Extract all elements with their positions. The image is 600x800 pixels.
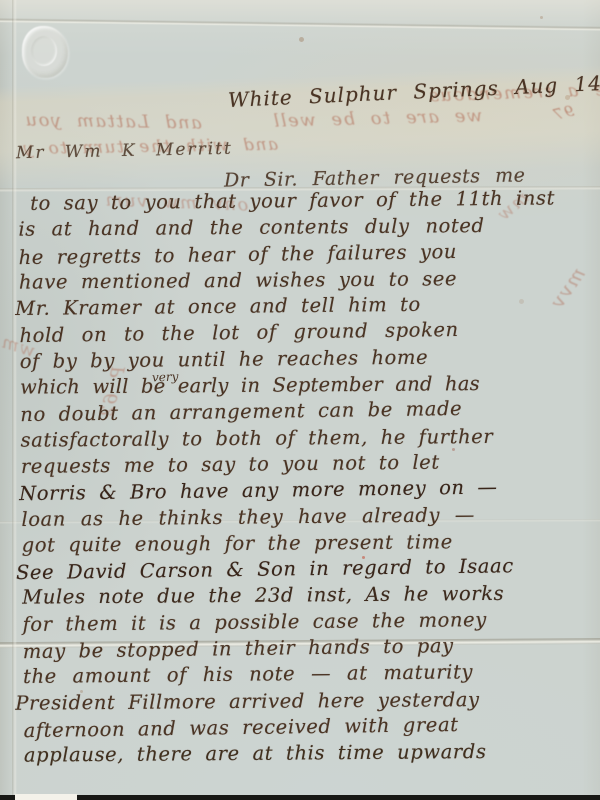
body-line: applause, there are at this time upwards (24, 739, 600, 770)
ink-stain-specks (0, 0, 3, 3)
fold-crease-left-vertical (12, 0, 17, 800)
letter-scan-page: me a tremendous we are to be well and La… (0, 0, 600, 800)
scan-edge-notch (15, 794, 77, 800)
body-line: satisfactorally to both of them, he furt… (21, 423, 600, 454)
letter-body: to say to you that your favor of the 11t… (18, 185, 600, 770)
bleedthrough-scrawl: and Lattam you (24, 109, 202, 133)
dateline: White Sulphur Springs Aug 14 '5 (227, 69, 600, 112)
bleedthrough-mark: 97 (550, 102, 576, 125)
recipient-line: Mr Wm K Merritt (16, 139, 233, 164)
bleedthrough-scrawl: we are to be well (272, 105, 483, 131)
body-line: have mentioned and wishes you to see (19, 266, 600, 297)
body-line: Mules note due the 23d inst, As he works (22, 581, 600, 612)
embossed-seal-icon (22, 26, 68, 78)
scan-edge-strip (0, 795, 600, 800)
fold-crease-top (0, 18, 600, 32)
